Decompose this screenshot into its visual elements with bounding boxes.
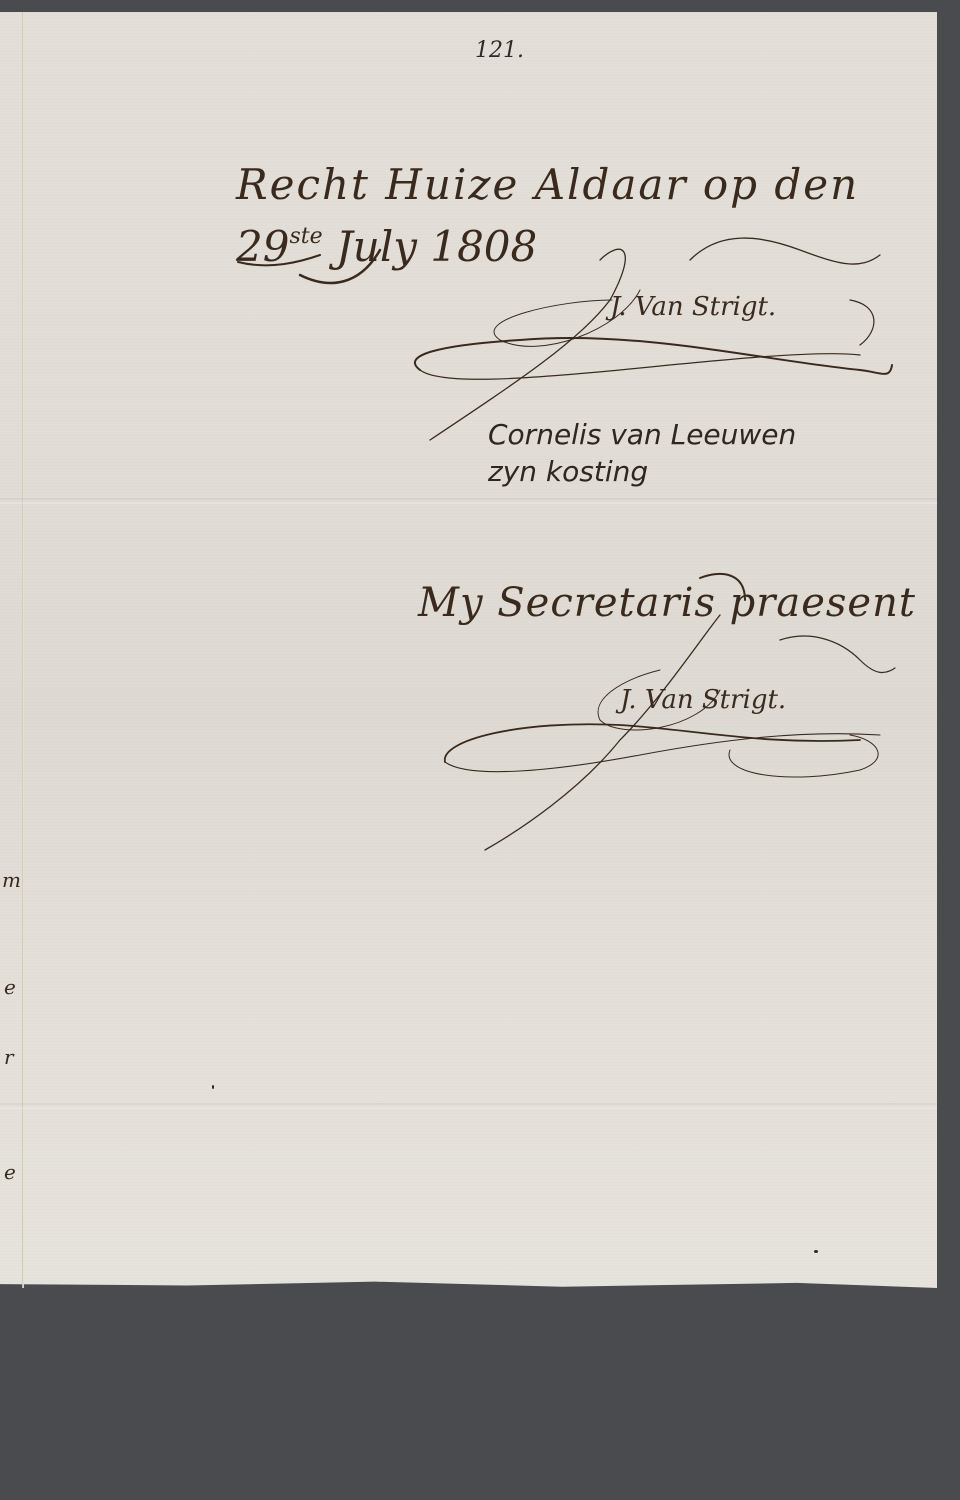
- document-scan: 121. Recht Huize Aldaar op den 29ste Jul…: [0, 0, 960, 1500]
- margin-fragment: m: [2, 868, 21, 892]
- paper-fold: [0, 498, 937, 504]
- ink-speck: [212, 1085, 214, 1089]
- ink-speck: [814, 1250, 818, 1253]
- text-line-place: Recht Huize Aldaar op den: [236, 160, 859, 209]
- date-day: 29: [236, 222, 289, 271]
- text-line-date: 29ste July 1808: [236, 222, 537, 271]
- attestation-line: My Secretaris praesent: [418, 580, 916, 626]
- date-month-year: July 1808: [336, 222, 537, 271]
- margin-fragment: e: [4, 975, 16, 999]
- margin-fragment: r: [4, 1045, 14, 1069]
- signature-1: J. Van Strigt.: [610, 292, 776, 322]
- date-suffix: ste: [289, 224, 322, 249]
- note-line-2: zyn kosting: [488, 455, 648, 488]
- page-gutter: [22, 12, 24, 1288]
- paper-fold: [0, 1103, 937, 1109]
- note-line-1: Cornelis van Leeuwen: [488, 418, 796, 451]
- signature-2: J. Van Strigt.: [620, 685, 786, 715]
- page-number: 121.: [475, 38, 524, 63]
- margin-fragment: e: [4, 1160, 16, 1184]
